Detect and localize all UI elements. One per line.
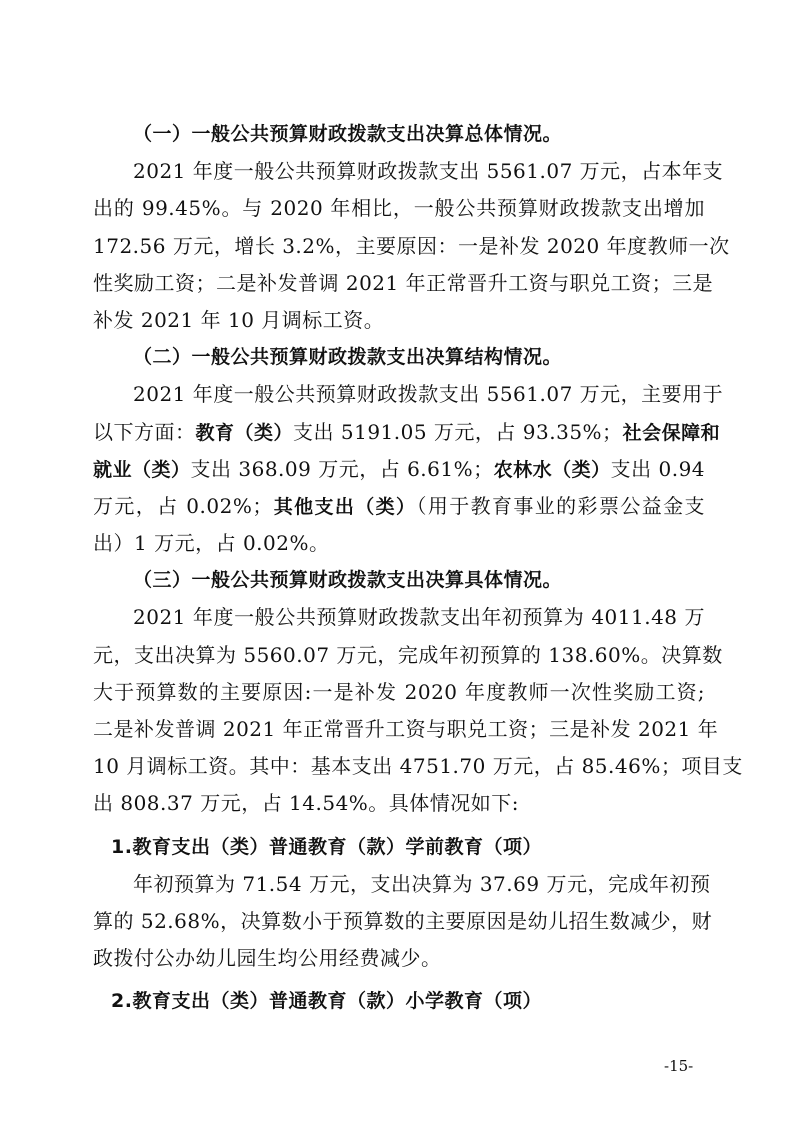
- section-heading-1: （一）一般公共预算财政拨款支出决算总体情况。: [93, 116, 705, 153]
- paragraph-line: 算的 52.68%，决算数小于预算数的主要原因是幼儿招生数减少，财: [93, 903, 705, 940]
- text: 以下方面：: [93, 420, 196, 444]
- category-agriculture: 农林水（类）: [494, 459, 611, 481]
- paragraph-line: 大于预算数的主要原因:一是补发 2020 年度教师一次性奖励工资;: [93, 674, 705, 711]
- category-education: 教育（类）: [196, 422, 294, 444]
- paragraph-line: 年初预算为 71.54 万元，支出决算为 37.69 万元，完成年初预: [93, 866, 705, 903]
- text: 支出 368.09 万元，占 6.61%；: [191, 457, 494, 481]
- paragraph-line: 2021 年度一般公共预算财政拨款支出 5561.07 万元，主要用于: [93, 376, 705, 413]
- paragraph-line: 性奖励工资；二是补发普调 2021 年正常晋升工资与职兑工资；三是: [93, 265, 705, 302]
- paragraph-line: 出的 99.45%。与 2020 年相比，一般公共预算财政拨款支出增加: [93, 190, 705, 227]
- paragraph-line: 补发 2021 年 10 月调标工资。: [93, 302, 705, 339]
- text: （用于教育事业的彩票公益金支: [416, 494, 705, 518]
- section-heading-3: （三）一般公共预算财政拨款支出决算具体情况。: [93, 562, 705, 599]
- section-heading-2: （二）一般公共预算财政拨款支出决算结构情况。: [93, 339, 705, 376]
- paragraph-line: 以下方面：教育（类）支出 5191.05 万元，占 93.35%；社会保障和: [93, 414, 705, 451]
- text: 支出 0.94: [611, 457, 705, 481]
- paragraph-line: 出）1 万元，占 0.02%。: [93, 525, 705, 562]
- category-social-security: 社会保障和: [623, 422, 721, 444]
- paragraph-line: 政拨付公办幼儿园生均公用经费减少。: [93, 940, 705, 977]
- text: 万元，占 0.02%；: [93, 494, 273, 518]
- paragraph-line: 就业（类）支出 368.09 万元，占 6.61%；农林水（类）支出 0.94: [93, 451, 705, 488]
- paragraph-line: 元，支出决算为 5560.07 万元，完成年初预算的 138.60%。决算数: [93, 637, 705, 674]
- item-heading-1: 1.教育支出（类）普通教育（款）学前教育（项）: [93, 829, 705, 866]
- item-heading-2: 2.教育支出（类）普通教育（款）小学教育（项）: [93, 983, 705, 1020]
- category-other: 其他支出（类）: [273, 496, 417, 518]
- text: 支出 5191.05 万元，占 93.35%；: [293, 420, 623, 444]
- paragraph-line: 万元，占 0.02%；其他支出（类）（用于教育事业的彩票公益金支: [93, 488, 705, 525]
- document-page: （一）一般公共预算财政拨款支出决算总体情况。 2021 年度一般公共预算财政拨款…: [93, 116, 705, 1021]
- category-social-security-cont: 就业（类）: [93, 459, 191, 481]
- paragraph-line: 二是补发普调 2021 年正常晋升工资与职兑工资；三是补发 2021 年: [93, 711, 705, 748]
- paragraph-line: 10 月调标工资。其中：基本支出 4751.70 万元，占 85.46%；项目支: [93, 748, 705, 785]
- paragraph-line: 2021 年度一般公共预算财政拨款支出年初预算为 4011.48 万: [93, 599, 705, 636]
- paragraph-line: 出 808.37 万元，占 14.54%。具体情况如下:: [93, 785, 705, 822]
- paragraph-line: 172.56 万元，增长 3.2%，主要原因：一是补发 2020 年度教师一次: [93, 228, 705, 265]
- paragraph-line: 2021 年度一般公共预算财政拨款支出 5561.07 万元，占本年支: [93, 153, 705, 190]
- page-number: -15-: [664, 1057, 693, 1075]
